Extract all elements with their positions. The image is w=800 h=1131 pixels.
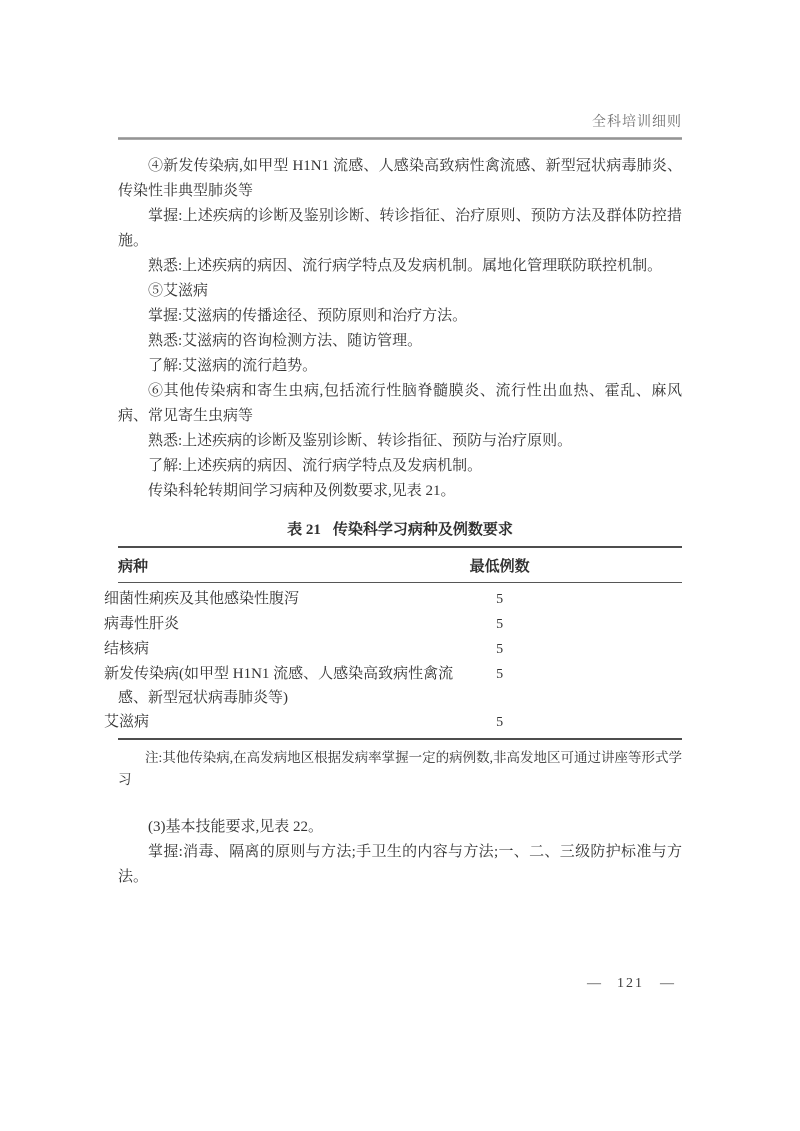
paragraph: ⑤艾滋病	[118, 279, 682, 304]
table-row: 艾滋病 5	[118, 710, 682, 739]
table-note: 注:其他传染病,在高发病地区根据发病率掌握一定的病例数,非高发地区可通过讲座等形…	[118, 747, 682, 791]
content-area: 全科培训细则 ④新发传染病,如甲型 H1N1 流感、人感染高致病性禽流感、新型冠…	[118, 0, 682, 890]
paragraph: 了解:上述疾病的病因、流行病学特点及发病机制。	[118, 454, 682, 479]
table-body: 细菌性痢疾及其他感染性腹泻 5 病毒性肝炎 5 结核病 5 新发传染病(如甲型 …	[118, 583, 682, 740]
document-page: 全科培训细则 ④新发传染病,如甲型 H1N1 流感、人感染高致病性禽流感、新型冠…	[0, 0, 800, 1131]
paragraph: 熟悉:上述疾病的病因、流行病学特点及发病机制。属地化管理联防联控机制。	[118, 254, 682, 279]
paragraph: 了解:艾滋病的流行趋势。	[118, 354, 682, 379]
paragraph: 熟悉:艾滋病的咨询检测方法、随访管理。	[118, 329, 682, 354]
section-after-table: (3)基本技能要求,见表 22。 掌握:消毒、隔离的原则与方法;手卫生的内容与方…	[118, 815, 682, 890]
disease-cell: 细菌性痢疾及其他感染性腹泻	[118, 583, 468, 613]
table-caption-title: 传染科学习病种及例数要求	[333, 522, 513, 538]
table-caption-label: 表 21	[287, 522, 321, 538]
page-number: 121	[617, 976, 644, 991]
paragraph: 掌握:上述疾病的诊断及鉴别诊断、转诊指征、治疗原则、预防方法及群体防控措施。	[118, 204, 682, 254]
footer-left-dash: —	[587, 976, 601, 991]
min-cases-cell: 5	[468, 612, 682, 637]
paragraph: 传染科轮转期间学习病种及例数要求,见表 21。	[118, 479, 682, 504]
min-cases-cell: 5	[468, 637, 682, 662]
disease-cell: 艾滋病	[118, 710, 468, 739]
table-row: 细菌性痢疾及其他感染性腹泻 5	[118, 583, 682, 613]
table-row: 结核病 5	[118, 637, 682, 662]
paragraph: (3)基本技能要求,见表 22。	[118, 815, 682, 840]
column-header-min-cases: 最低例数	[468, 547, 682, 583]
disease-cell: 病毒性肝炎	[118, 612, 468, 637]
footer-right-dash: —	[660, 976, 674, 991]
disease-cell: 结核病	[118, 637, 468, 662]
table-row: 病毒性肝炎 5	[118, 612, 682, 637]
paragraph: 掌握:消毒、隔离的原则与方法;手卫生的内容与方法;一、二、三级防护标准与方法。	[118, 840, 682, 890]
paragraph: ④新发传染病,如甲型 H1N1 流感、人感染高致病性禽流感、新型冠状病毒肺炎、传…	[118, 154, 682, 204]
min-cases-cell: 5	[468, 662, 682, 710]
running-header-title: 全科培训细则	[592, 115, 682, 130]
table-row: 新发传染病(如甲型 H1N1 流感、人感染高致病性禽流感、新型冠状病毒肺炎等) …	[118, 662, 682, 710]
header-rule	[118, 137, 682, 140]
paragraph: ⑥其他传染病和寄生虫病,包括流行性脑脊髓膜炎、流行性出血热、霍乱、麻风病、常见寄…	[118, 379, 682, 429]
column-header-disease: 病种	[118, 547, 468, 583]
running-header: 全科培训细则	[118, 0, 682, 131]
page-number-footer: —121—	[587, 976, 674, 992]
table-header-row: 病种 最低例数	[118, 547, 682, 583]
paragraph: 熟悉:上述疾病的诊断及鉴别诊断、转诊指征、预防与治疗原则。	[118, 429, 682, 454]
table-head: 病种 最低例数	[118, 547, 682, 583]
min-cases-cell: 5	[468, 583, 682, 613]
disease-cell: 新发传染病(如甲型 H1N1 流感、人感染高致病性禽流感、新型冠状病毒肺炎等)	[118, 662, 468, 710]
table-caption: 表 21传染科学习病种及例数要求	[118, 518, 682, 539]
min-cases-cell: 5	[468, 710, 682, 739]
disease-requirements-table: 病种 最低例数 细菌性痢疾及其他感染性腹泻 5 病毒性肝炎 5 结核病 5	[118, 546, 682, 740]
body-text: ④新发传染病,如甲型 H1N1 流感、人感染高致病性禽流感、新型冠状病毒肺炎、传…	[118, 154, 682, 504]
paragraph: 掌握:艾滋病的传播途径、预防原则和治疗方法。	[118, 304, 682, 329]
